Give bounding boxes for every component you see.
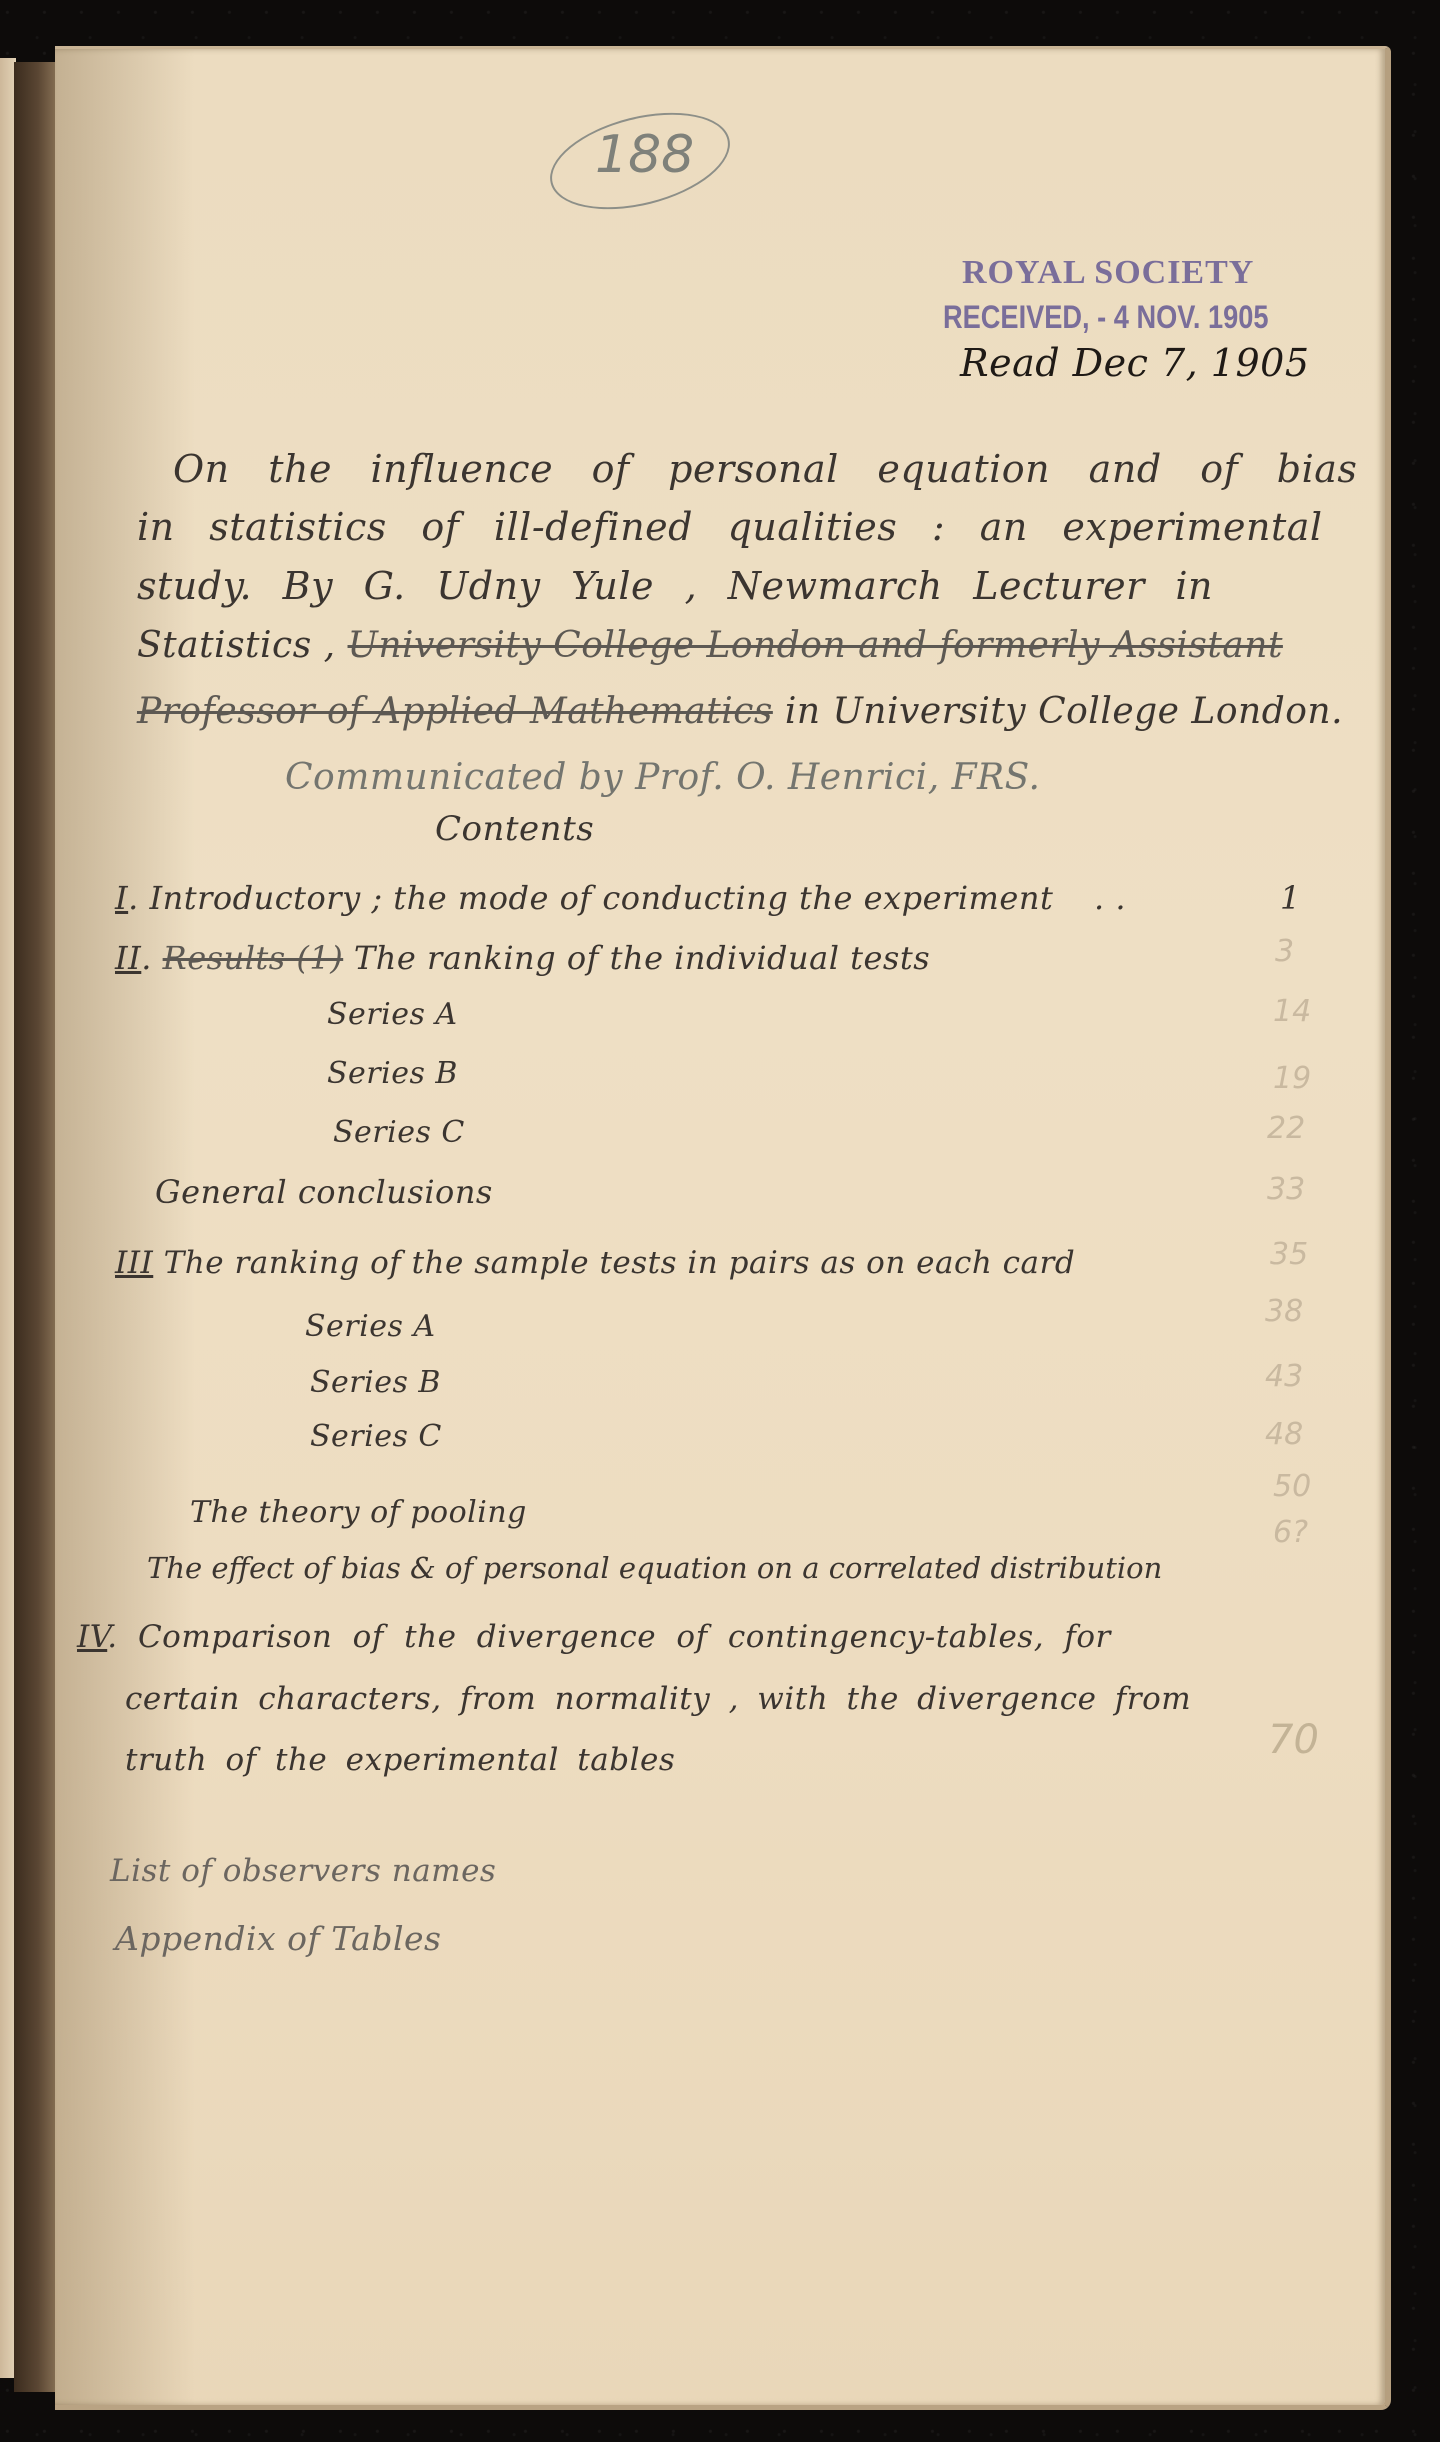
page-ref-10: 48 [1265,1417,1303,1452]
contents-item-15: truth of the experimental tables [125,1742,675,1778]
item-text: Comparison of the divergence of continge… [138,1619,1111,1655]
page-ref-5: 22 [1267,1111,1305,1146]
contents-item-4: Series B [327,1056,458,1091]
page-ref-15: 70 [1268,1717,1319,1763]
page-ref-3: 14 [1273,994,1311,1029]
title-line-1: On the influence of personal equation an… [173,447,1357,491]
stamp-royal-society: ROYAL SOCIETY [962,254,1254,292]
numeral: II [115,939,141,977]
page-ref-9: 43 [1265,1359,1303,1394]
page-ref-12: 6? [1273,1515,1308,1550]
stamp-received-date: RECEIVED, - 4 NOV. 1905 [943,299,1269,336]
title-line-4: Statistics , University College London a… [137,625,1283,666]
contents-item-5: Series C [333,1115,465,1150]
numeral: I [115,879,128,917]
title-line-5: Professor of Applied Mathematics in Univ… [137,691,1343,732]
page-ref-6: 33 [1267,1172,1305,1207]
title-line-4-struck: University College London and formerly A… [348,625,1283,666]
title-line-5-suffix: in University College London. [785,691,1343,732]
title-line-2: in statistics of ill-defined qualities :… [137,505,1323,549]
contents-item-7: III The ranking of the sample tests in p… [115,1245,1075,1281]
contents-item-1: I. Introductory ; the mode of conducting… [115,879,1126,917]
numeral: III [115,1245,153,1281]
contents-item-17: Appendix of Tables [115,1919,441,1958]
contents-item-14: certain characters, from normality , wit… [125,1681,1191,1717]
page-ref-8: 38 [1265,1294,1303,1329]
folio-number: 188 [595,125,694,185]
contents-item-3: Series A [327,997,458,1032]
struck-text: Results (1) [163,939,344,977]
contents-item-2: II. Results (1) The ranking of the indiv… [115,939,930,977]
title-line-5-struck: Professor of Applied Mathematics [137,691,773,732]
page-ref-4: 19 [1273,1061,1311,1096]
page-ref-11: 50 [1273,1469,1311,1504]
item-text: Introductory ; the mode of conducting th… [149,879,1053,917]
item-text: The ranking of the sample tests in pairs… [164,1245,1076,1281]
page-ref-1: 1 [1280,879,1301,917]
item-text: The ranking of the individual tests [354,939,930,977]
contents-item-9: Series B [310,1365,441,1400]
contents-item-13: IV. Comparison of the divergence of cont… [77,1619,1111,1655]
communicated-by: Communicated by Prof. O. Henrici, FRS. [285,757,1041,798]
title-line-3: study. By G. Udny Yule , Newmarch Lectur… [137,564,1213,608]
page-ref-2: 3 [1275,934,1294,969]
contents-item-12: The effect of bias & of personal equatio… [147,1551,1162,1585]
numeral: IV [77,1619,107,1655]
contents-item-11: The theory of pooling [190,1495,527,1530]
contents-heading: Contents [435,809,594,849]
title-line-4-prefix: Statistics , [137,625,336,666]
manuscript-page: 188 ROYAL SOCIETY RECEIVED, - 4 NOV. 190… [55,46,1391,2410]
contents-item-6: General conclusions [155,1173,493,1211]
contents-item-10: Series C [310,1419,442,1454]
page-ref-7: 35 [1270,1237,1308,1272]
contents-item-8: Series A [305,1309,436,1344]
contents-item-16: List of observers names [110,1853,496,1889]
read-date: Read Dec 7, 1905 [960,341,1310,385]
